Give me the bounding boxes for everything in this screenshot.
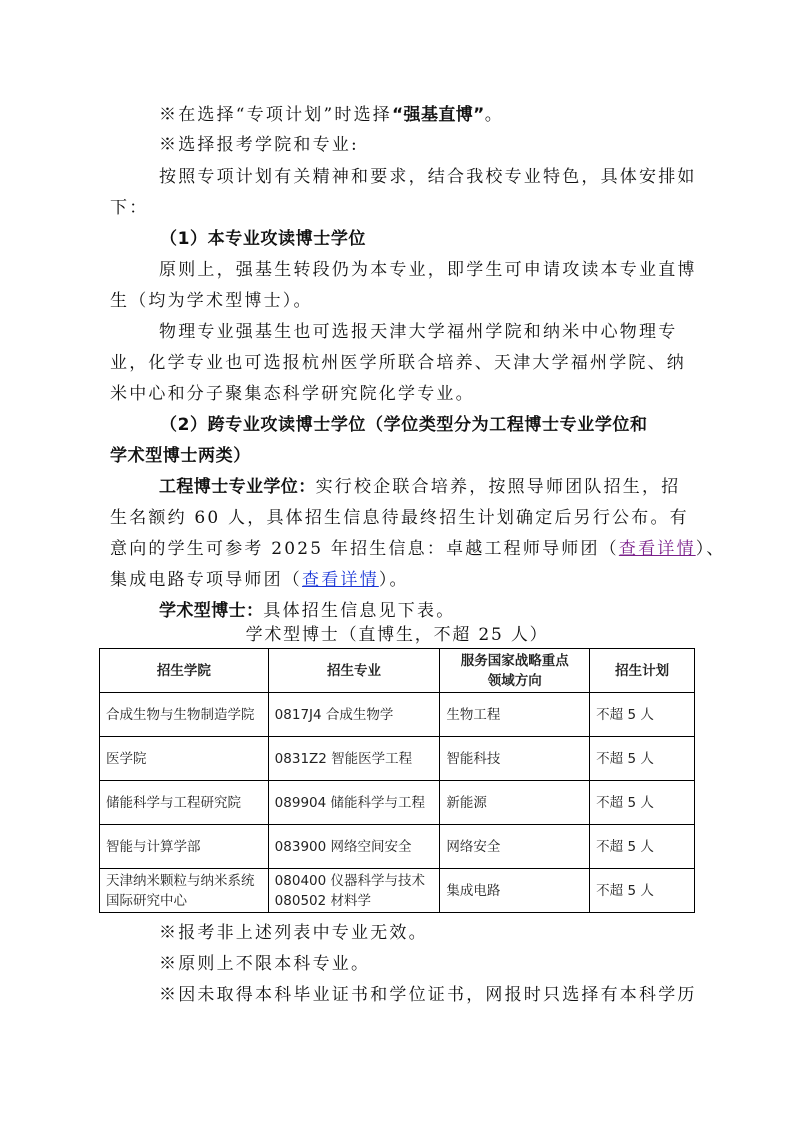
cell-plan: 不超 5 人	[590, 737, 695, 781]
note-invalid-majors: ※报考非上述列表中专业无效。	[159, 922, 689, 944]
cell-major: 080400 仪器科学与技术 080502 材料学	[268, 869, 440, 913]
intro-line-1: 按照专项计划有关精神和要求，结合我校专业特色，具体安排如	[159, 166, 689, 188]
header-plan: 招生计划	[590, 649, 695, 693]
note-special-plan-prefix: ※在选择“专项计划”时选择	[159, 105, 392, 125]
header-college: 招生学院	[100, 649, 269, 693]
cell-field: 集成电路	[440, 869, 590, 913]
table-row: 储能科学与工程研究院 089904 储能科学与工程 新能源 不超 5 人	[100, 781, 695, 825]
section1-para1-line2: 生（均为学术型博士）。	[110, 290, 690, 312]
admission-table: 招生学院 招生专业 服务国家战略重点领域方向 招生计划 合成生物与生物制造学院 …	[99, 648, 695, 913]
table-row: 天津纳米颗粒与纳米系统国际研究中心 080400 仪器科学与技术 080502 …	[100, 869, 695, 913]
note-undergrad-major: ※原则上不限本科专业。	[159, 953, 689, 975]
eng-doctorate-line1-text: 实行校企联合培养，按照导师团队招生，招	[316, 477, 681, 497]
cell-major-line: 080502 材料学	[275, 891, 434, 911]
eng-doctorate-label: 工程博士专业学位：	[159, 477, 316, 497]
table-row: 合成生物与生物制造学院 0817J4 合成生物学 生物工程 不超 5 人	[100, 693, 695, 737]
cell-college: 天津纳米颗粒与纳米系统国际研究中心	[100, 869, 269, 913]
cell-field: 网络安全	[440, 825, 590, 869]
ic-mentor-details-link[interactable]: 查看详情	[302, 570, 379, 590]
section1-para2-line2: 业，化学专业也可选报杭州医学所联合培养、天津大学福州学院、纳	[110, 352, 690, 374]
cell-major: 083900 网络空间安全	[268, 825, 440, 869]
eng-doctorate-line4-prefix: 集成电路专项导师团（	[110, 570, 302, 590]
cell-major: 0831Z2 智能医学工程	[268, 737, 440, 781]
table-row: 智能与计算学部 083900 网络空间安全 网络安全 不超 5 人	[100, 825, 695, 869]
cell-plan: 不超 5 人	[590, 693, 695, 737]
cell-college: 医学院	[100, 737, 269, 781]
eng-doctorate-line3-suffix: ）、	[696, 539, 726, 559]
cell-plan: 不超 5 人	[590, 869, 695, 913]
cell-major: 0817J4 合成生物学	[268, 693, 440, 737]
note-degree-certificate: ※因未取得本科毕业证书和学位证书，网报时只选择有本科学历	[159, 984, 689, 1006]
note-select-college: ※选择报考学院和专业:	[159, 134, 689, 156]
document-page: ※在选择“专项计划”时选择“强基直博”。 ※选择报考学院和专业: 按照专项计划有…	[0, 0, 794, 1123]
eng-doctorate-line3-prefix: 意向的学生可参考 2025 年招生信息：卓越工程师导师团（	[110, 539, 619, 559]
cell-field: 生物工程	[440, 693, 590, 737]
cell-plan: 不超 5 人	[590, 825, 695, 869]
section1-para1-line1: 原则上，强基生转段仍为本专业，即学生可申请攻读本专业直博	[159, 259, 689, 281]
cell-college: 合成生物与生物制造学院	[100, 693, 269, 737]
cell-college: 储能科学与工程研究院	[100, 781, 269, 825]
table-header-row: 招生学院 招生专业 服务国家战略重点领域方向 招生计划	[100, 649, 695, 693]
note-special-plan-suffix: 。	[485, 105, 504, 125]
academic-doctorate-text: 具体招生信息见下表。	[263, 601, 455, 621]
cell-plan: 不超 5 人	[590, 781, 695, 825]
note-special-plan: ※在选择“专项计划”时选择“强基直博”。	[159, 104, 689, 126]
academic-doctorate-label: 学术型博士：	[159, 601, 263, 621]
table-row: 医学院 0831Z2 智能医学工程 智能科技 不超 5 人	[100, 737, 695, 781]
intro-line-2: 下：	[110, 197, 690, 219]
eng-doctorate-line3: 意向的学生可参考 2025 年招生信息：卓越工程师导师团（查看详情）、	[110, 538, 690, 560]
section1-heading: （1）本专业攻读博士学位	[160, 228, 740, 250]
section2-heading-line2: 学术型博士两类）	[110, 445, 690, 467]
header-major: 招生专业	[268, 649, 440, 693]
academic-doctorate-line: 学术型博士：具体招生信息见下表。	[159, 600, 689, 622]
eng-doctorate-line1: 工程博士专业学位：实行校企联合培养，按照导师团队招生，招	[159, 476, 689, 498]
cell-field: 新能源	[440, 781, 590, 825]
excellent-engineer-details-link[interactable]: 查看详情	[619, 539, 696, 559]
note-special-plan-bold: “强基直博”	[392, 105, 485, 125]
table-caption: 学术型博士（直博生，不超 25 人）	[99, 624, 695, 646]
section2-heading-line1: （2）跨专业攻读博士学位（学位类型分为工程博士专业学位和	[160, 414, 740, 436]
eng-doctorate-line4-suffix: ）。	[379, 570, 409, 590]
eng-doctorate-line4: 集成电路专项导师团（查看详情）。	[110, 569, 690, 591]
eng-doctorate-line2: 生名额约 60 人，具体招生信息待最终招生计划确定后另行公布。有	[110, 507, 690, 529]
cell-college: 智能与计算学部	[100, 825, 269, 869]
header-field: 服务国家战略重点领域方向	[440, 649, 590, 693]
cell-field: 智能科技	[440, 737, 590, 781]
cell-major: 089904 储能科学与工程	[268, 781, 440, 825]
section1-para2-line1: 物理专业强基生也可选报天津大学福州学院和纳米中心物理专	[159, 321, 689, 343]
section1-para2-line3: 米中心和分子聚集态科学研究院化学专业。	[110, 383, 690, 405]
cell-major-line: 080400 仪器科学与技术	[275, 871, 434, 891]
